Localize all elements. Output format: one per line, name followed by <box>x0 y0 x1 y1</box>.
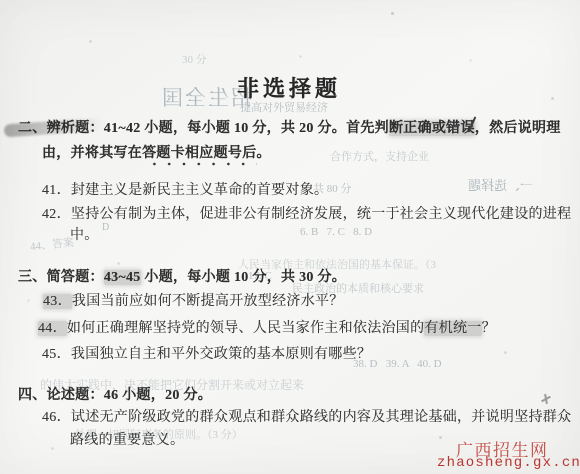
heading-text: 小题，每小题 10 分，共 30 分。 <box>141 270 347 285</box>
highlighted-question-number: 44． <box>38 321 67 336</box>
instruction-text: 由，并将其写在 <box>42 146 142 161</box>
bleedthrough-text: 30 分 <box>182 51 207 67</box>
bleedthrough-text: D <box>102 222 109 233</box>
watermark-site-url: zhaosheng.gx.cn <box>437 455 580 471</box>
section-3-heading: 三、简答题：43~45 小题，每小题 10 分，共 30 分。 <box>18 266 346 286</box>
highlighted-text: 有机统一 <box>424 321 481 336</box>
pen-tick-mark <box>541 396 551 402</box>
highlighted-text: 断正确或错误 <box>389 121 475 136</box>
scan-noise-specks <box>0 0 1 1</box>
section-4-heading: 四、论述题：46 小题，20 分。 <box>18 384 212 404</box>
highlighted-text: 43~45 <box>104 270 141 285</box>
heading-text: 三、简答题： <box>18 270 104 285</box>
instruction-text: 。 <box>257 146 271 161</box>
bleedthrough-text: 6. B 7. C 8. D <box>300 226 372 238</box>
section-2-instruction-line-1: 二、辨析题：41~42 小题，每小题 10 分，共 20 分。首先判断正确或错误… <box>18 117 561 137</box>
bleedthrough-text: 44、答案 <box>29 234 74 255</box>
question-text: 如何正确理解坚持党的领导、人民当家作主和依法治国的 <box>67 321 425 336</box>
scanned-exam-page: 招生全国 提高对外贸易经济 30 分 合作方式，支持企业 共 80 分 一、选择… <box>0 0 580 474</box>
question-46-line-2: 路线的重要意义。 <box>70 429 184 449</box>
highlighted-question-number: 43． <box>43 294 72 309</box>
question-44: 44．如何正确理解坚持党的领导、人民当家作主和依法治国的有机统一？ <box>38 317 496 337</box>
question-42-line-2: 中。 <box>70 224 99 244</box>
question-43: 43．我国当前应如何不断提高开放型经济水平？ <box>43 290 344 310</box>
section-2-instruction-line-2: 由，并将其写在答题卡相应题号后。 <box>42 142 271 162</box>
question-42-line-1: 42．坚持公有制为主体，促进非公有制经济发展，统一于社会主义现代化建设的进程 <box>42 203 571 223</box>
page-title: 非选择题 <box>237 72 341 103</box>
question-text: ？ <box>482 321 496 336</box>
question-46-line-1: 46．试述无产阶级政党的群众观点和群众路线的内容及其理论基础，并说明坚持群众 <box>42 406 571 426</box>
question-text: 我国当前应如何不断提高开放型经济水平？ <box>72 294 344 309</box>
question-41: 41．封建主义是新民主主义革命的首要对象。 <box>42 179 328 199</box>
bleedthrough-text: 合作方式，支持企业 <box>330 148 429 164</box>
question-45: 45．我国独立自主和平外交政策的基本原则有哪些？ <box>42 343 371 363</box>
bleedthrough-text: 一、选择题 <box>468 175 533 194</box>
instruction-text: 二、辨析题：41~42 小题，每小题 10 分，共 20 分。首先判 <box>18 121 389 136</box>
emphasized-text: 答题卡相应题号后 <box>142 146 256 166</box>
instruction-text: ，然后说明理 <box>475 121 561 136</box>
